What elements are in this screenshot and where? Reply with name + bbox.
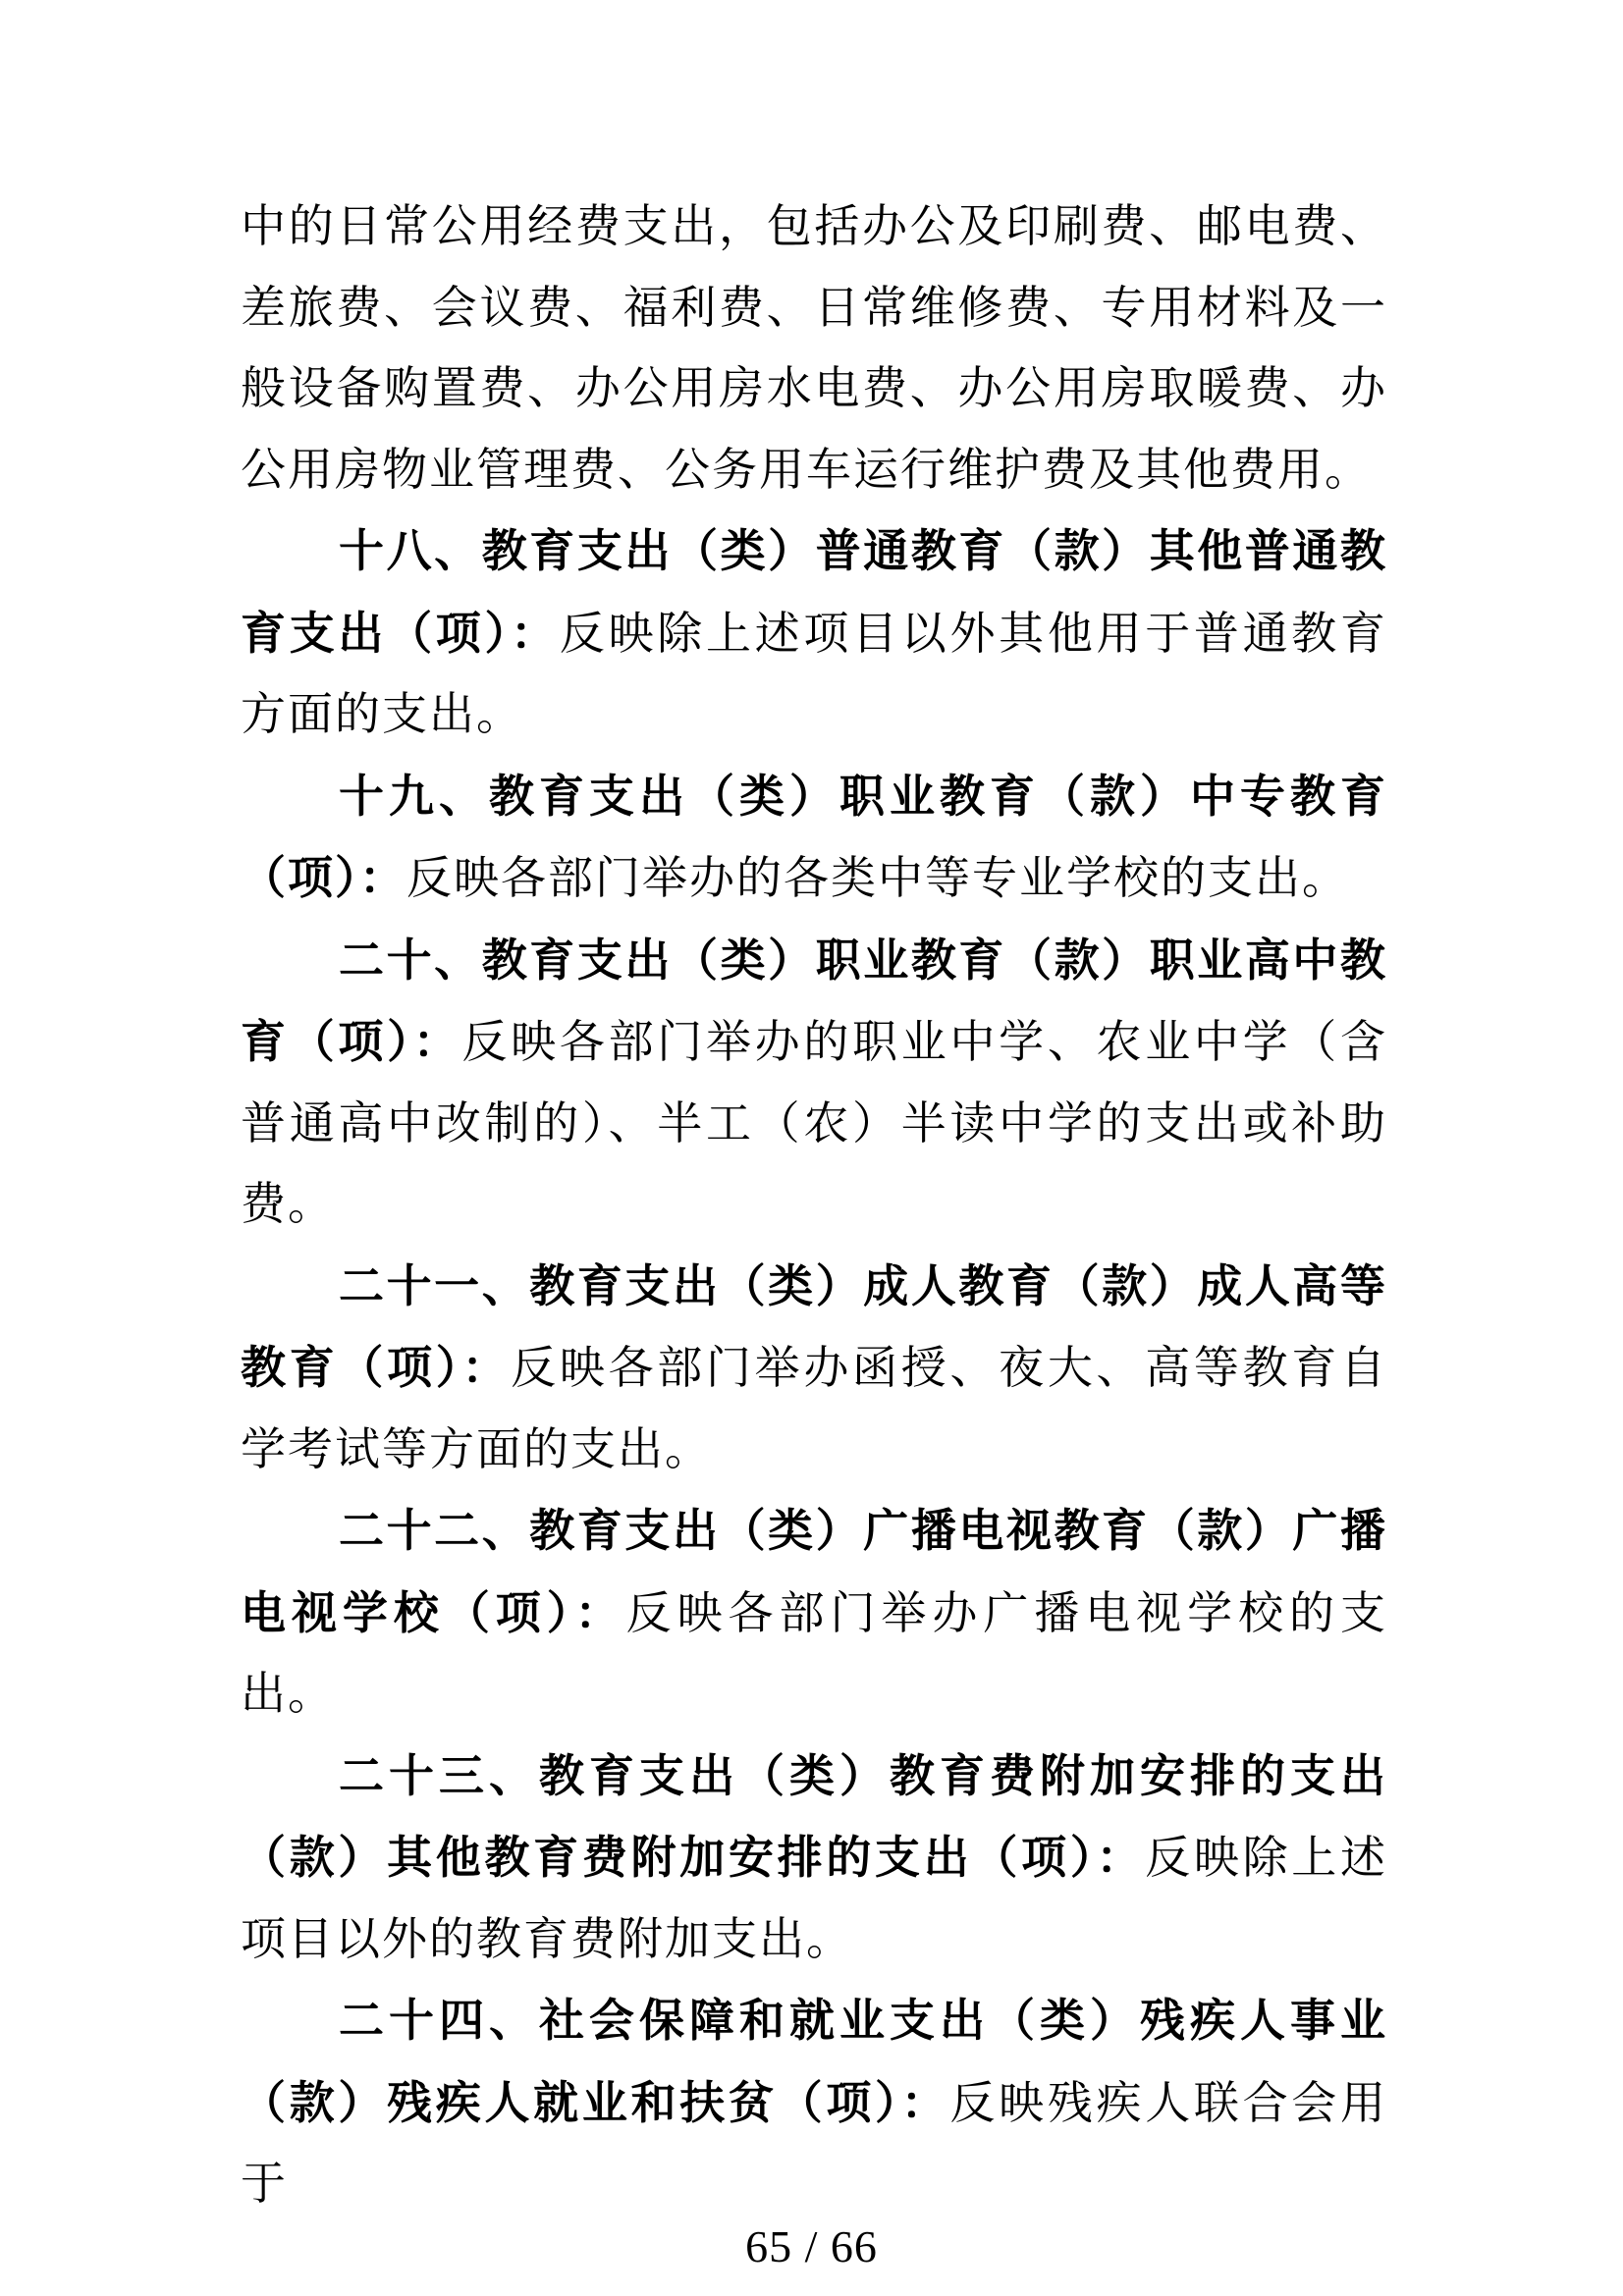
document-body: 中的日常公用经费支出，包括办公及印刷费、邮电费、差旅费、会议费、福利费、日常维修… [241, 187, 1387, 2225]
clause-text: 反映各部门举办的各类中等专业学校的支出。 [406, 853, 1349, 903]
document-page: 中的日常公用经费支出，包括办公及印刷费、邮电费、差旅费、会议费、福利费、日常维修… [0, 0, 1623, 2296]
clause-23: 二十三、教育支出（类）教育费附加安排的支出（款）其他教育费附加安排的支出（项）：… [241, 1735, 1387, 1981]
clause-text: 中的日常公用经费支出，包括办公及印刷费、邮电费、差旅费、会议费、福利费、日常维修… [241, 201, 1387, 495]
page-number: 65 / 66 [745, 2221, 878, 2271]
clause-18: 十八、教育支出（类）普通教育（款）其他普通教育支出（项）：反映除上述项目以外其他… [241, 510, 1387, 756]
clause-21: 二十一、教育支出（类）成人教育（款）成人高等教育（项）：反映各部门举办函授、夜大… [241, 1246, 1387, 1491]
page-footer: 65 / 66 [0, 2220, 1623, 2272]
paragraph-continuation: 中的日常公用经费支出，包括办公及印刷费、邮电费、差旅费、会议费、福利费、日常维修… [241, 187, 1387, 510]
clause-19: 十九、教育支出（类）职业教育（款）中专教育（项）：反映各部门举办的各类中等专业学… [241, 756, 1387, 920]
clause-24: 二十四、社会保障和就业支出（类）残疾人事业（款）残疾人就业和扶贫（项）：反映残疾… [241, 1980, 1387, 2225]
clause-22: 二十二、教育支出（类）广播电视教育（款）广播电视学校（项）：反映各部门举办广播电… [241, 1490, 1387, 1735]
clause-20: 二十、教育支出（类）职业教育（款）职业高中教育（项）：反映各部门举办的职业中学、… [241, 920, 1387, 1246]
